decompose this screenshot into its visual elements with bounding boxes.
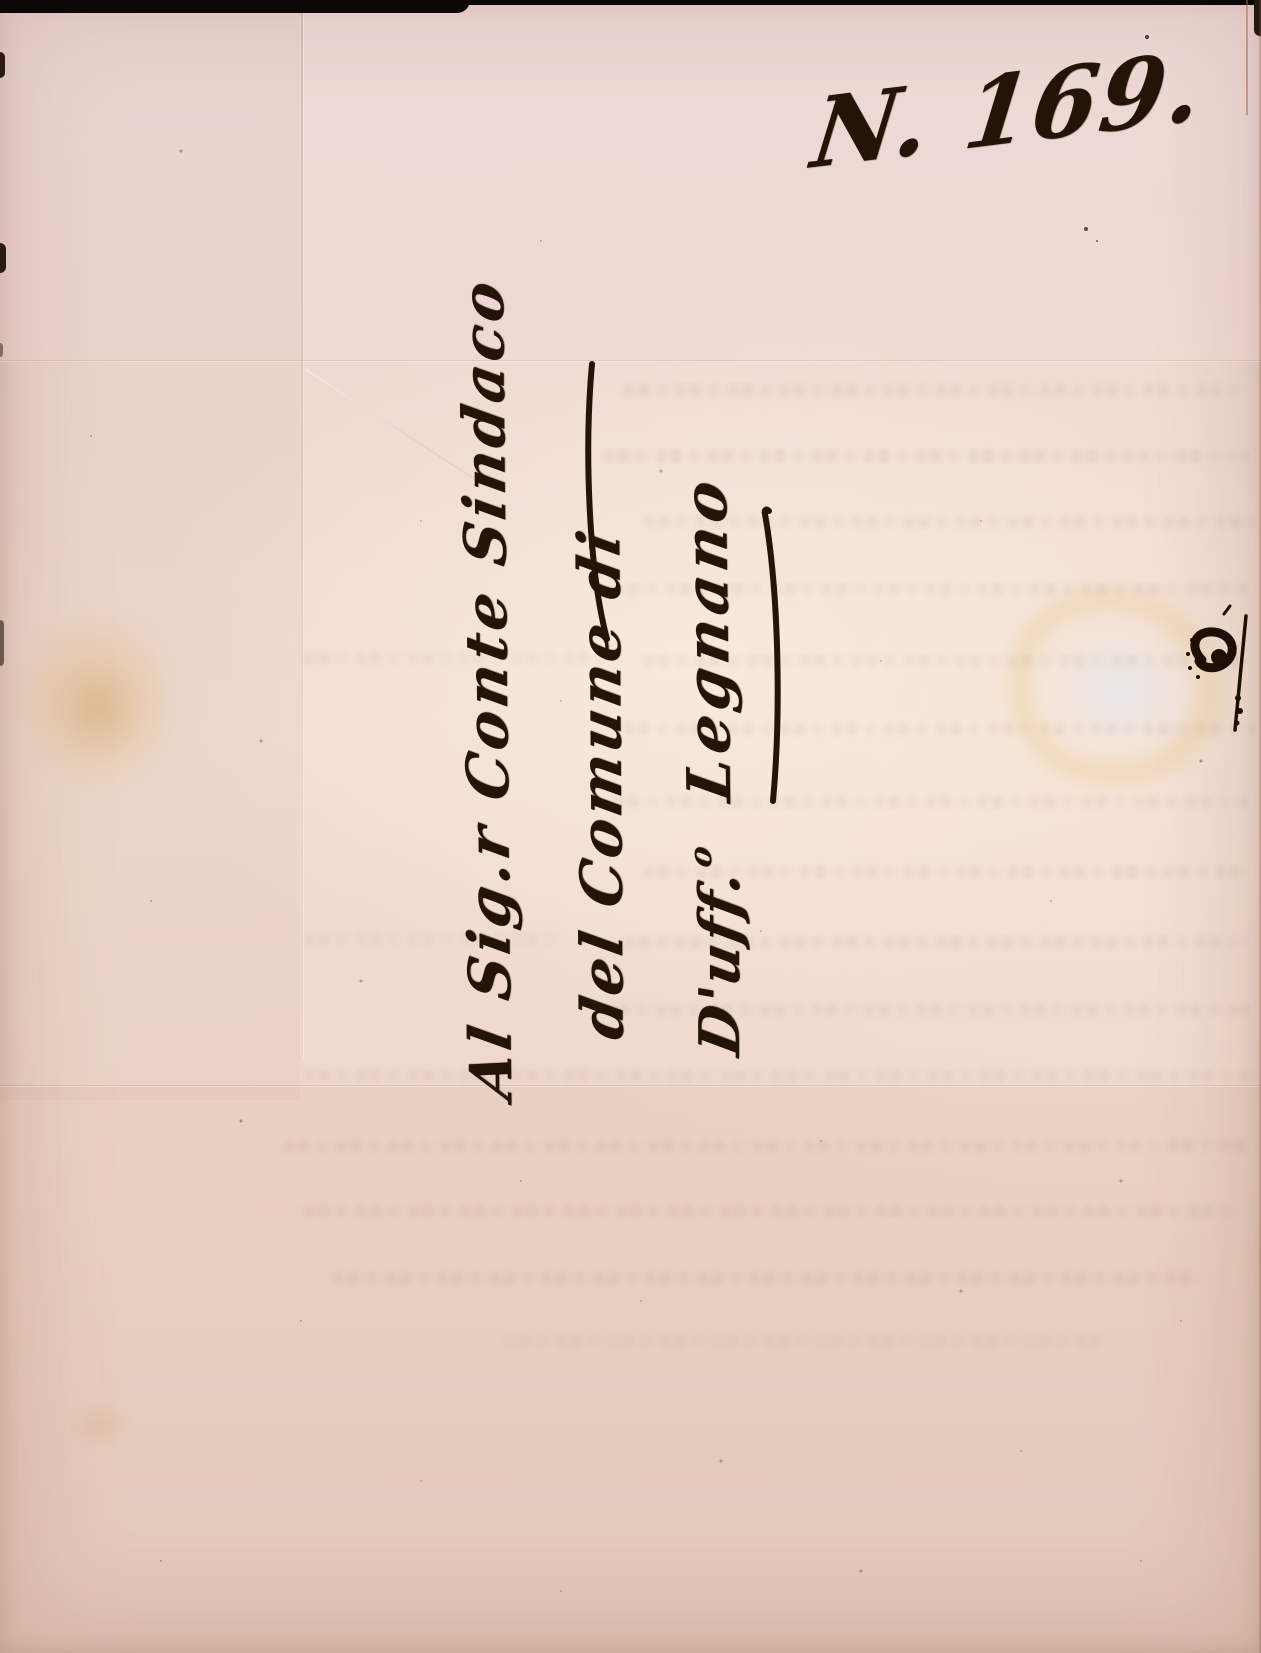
paper-shading bbox=[0, 0, 300, 1100]
flourish-line bbox=[581, 360, 617, 642]
vertical-crease-highlight bbox=[303, 0, 304, 1060]
bleedthrough-line bbox=[500, 1335, 1100, 1347]
bleedthrough-line bbox=[330, 1272, 1200, 1284]
address-line3-prefix-text: D'uff.o bbox=[683, 841, 753, 1060]
scan-edge-notch bbox=[0, 343, 3, 357]
fold-section-bottom bbox=[0, 1086, 1261, 1653]
tan-stain-bottom-left bbox=[68, 1402, 130, 1448]
paper-specks bbox=[0, 0, 2, 2]
scan-edge-notch bbox=[0, 620, 4, 666]
bleedthrough-line bbox=[280, 1140, 1250, 1152]
underline-stroke bbox=[757, 504, 787, 804]
seal-ink-mark bbox=[1140, 580, 1261, 750]
tan-stain-left-core bbox=[50, 660, 145, 760]
address-line3-place: Legnano bbox=[671, 476, 746, 800]
scan-edge-notch bbox=[0, 243, 6, 273]
address-line1-text: Al Sig.r Conte Sindaco bbox=[449, 273, 526, 1104]
address-line1: Al Sig.r Conte Sindaco bbox=[449, 278, 526, 1098]
address-block: Al Sig.r Conte Sindaco del Comune di D'u… bbox=[445, 360, 795, 1100]
paper-edge-line bbox=[1246, 0, 1248, 115]
address-line3-place-text: Legnano bbox=[671, 471, 746, 806]
scan-edge-notch bbox=[0, 52, 5, 78]
scan-edge-top-left bbox=[0, 0, 470, 13]
letter-page: N. 169. Al Sig.r Conte Sindaco del Comun… bbox=[0, 0, 1261, 1653]
bleedthrough-line bbox=[300, 1205, 1240, 1217]
address-line3-prefix: D'uff.o bbox=[683, 847, 753, 1054]
